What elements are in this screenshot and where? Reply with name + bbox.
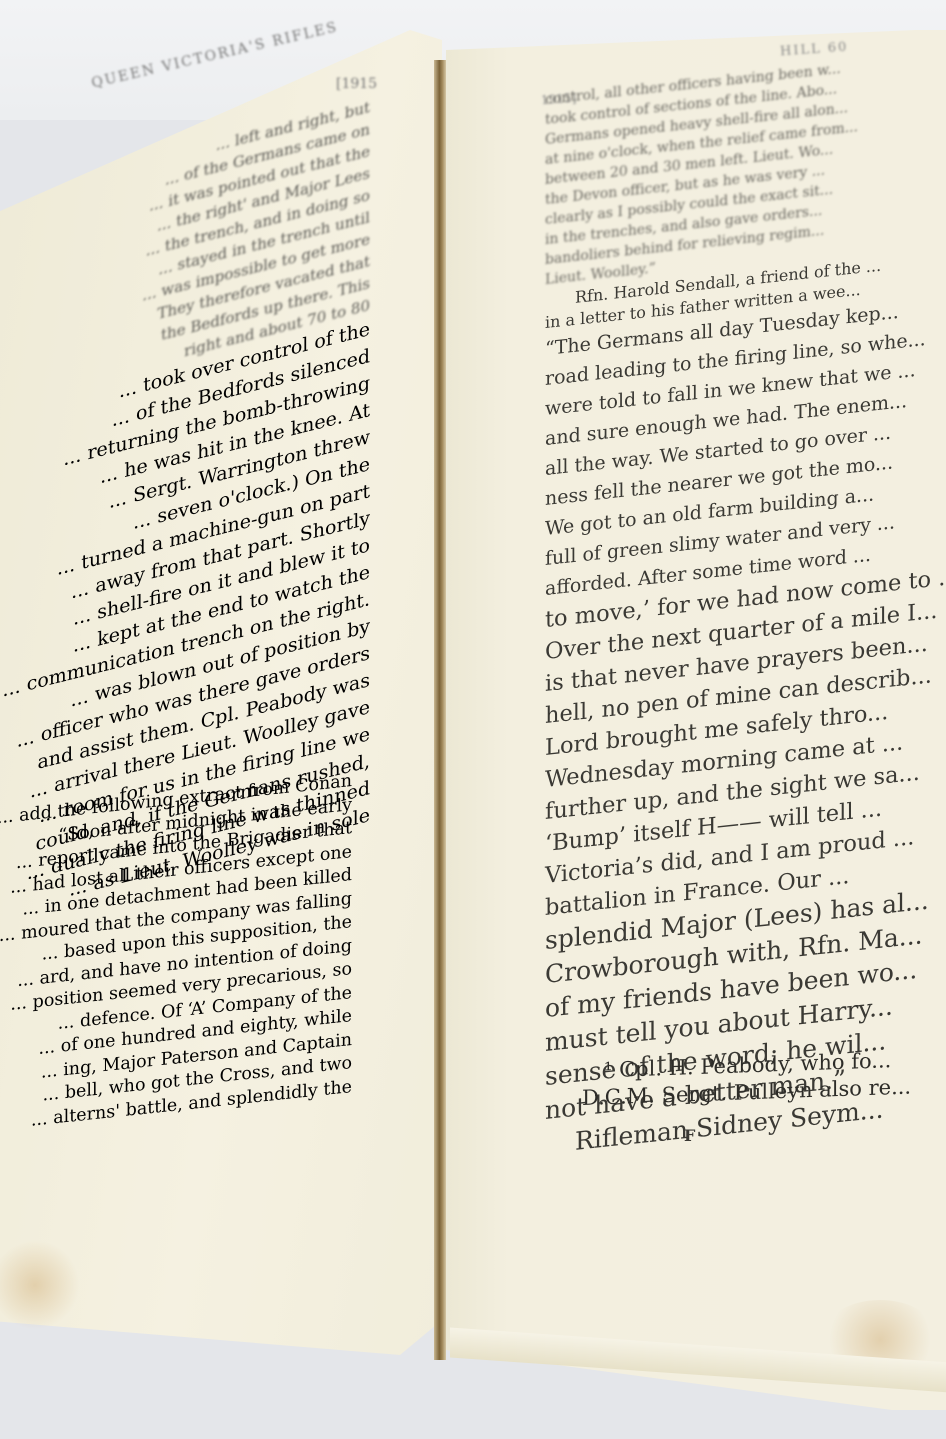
- left-page-lower-text: ... add the following extract from Conan…: [0, 770, 352, 1138]
- left-page-year: [1915: [336, 76, 377, 92]
- book-gutter: [434, 60, 446, 1360]
- right-page-text: control, all other officers having been …: [545, 46, 946, 1162]
- signature-mark: F: [684, 1126, 695, 1145]
